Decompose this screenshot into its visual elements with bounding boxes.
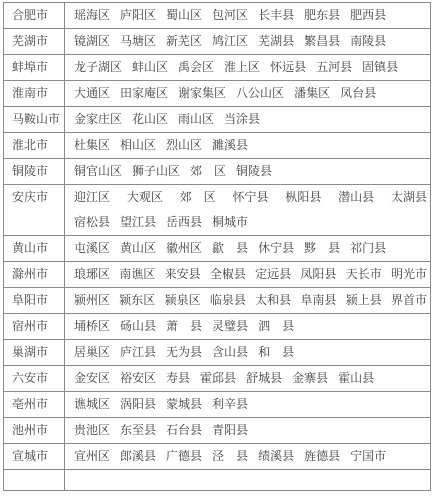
- district-item: 来安县: [165, 262, 201, 287]
- district-line: 宿松县望江县岳西县桐城市: [74, 210, 427, 235]
- district-item: 芜湖县: [258, 29, 294, 54]
- district-item: 青阳县: [212, 418, 248, 443]
- district-item: 石台县: [166, 418, 202, 443]
- table-row: 宿州市埇桥区砀山县萧 县灵璧县泗 县: [4, 314, 431, 340]
- districts-cell: 杜集区相山区烈山区濉溪县: [65, 133, 431, 159]
- district-line: 镜湖区马塘区新芜区鸠江区芜湖县繁昌县南陵县: [74, 29, 427, 54]
- district-item: 无为县: [166, 340, 202, 365]
- district-item: 旌德县: [304, 444, 340, 469]
- city-cell: 阜阳市: [4, 288, 65, 314]
- district-item: 金寨县: [292, 366, 328, 391]
- district-item: 金家庄区: [74, 107, 122, 132]
- district-item: 太和县: [255, 288, 291, 313]
- district-item: 利辛县: [212, 392, 248, 417]
- city-cell: 宣城市: [4, 444, 65, 470]
- city-cell: 巢湖市: [4, 340, 65, 366]
- district-line: 大通区田家庵区谢家集区八公山区潘集区凤台县: [74, 81, 427, 106]
- district-item: 太湖县: [391, 185, 427, 210]
- district-item: 凤阳县: [300, 262, 336, 287]
- district-item: 大观区: [127, 185, 163, 210]
- districts-cell: 大通区田家庵区谢家集区八公山区潘集区凤台县: [65, 81, 431, 107]
- district-item: 和 县: [258, 340, 294, 365]
- district-item: 蜀山区: [166, 3, 202, 28]
- district-item: 枞阳县: [285, 185, 321, 210]
- city-cell: 蚌埠市: [4, 55, 65, 81]
- district-item: 宁国市: [350, 444, 386, 469]
- table-row: 淮南市大通区田家庵区谢家集区八公山区潘集区凤台县: [4, 81, 431, 107]
- table-row: 宣城市宣州区郎溪县广德县泾 县绩溪县旌德县宁国市: [4, 444, 431, 470]
- table-row: 滁州市琅琊区南谯区来安县全椒县定远县凤阳县天长市明光市: [4, 262, 431, 288]
- district-item: 宿松县: [74, 210, 110, 235]
- districts-cell: 龙子湖区蚌山区禹会区淮上区怀远县五河县固镇县: [65, 55, 431, 81]
- table-row: 马鞍山市金家庄区花山区雨山区当涂县: [4, 107, 431, 133]
- district-line: 迎江区大观区郊 区怀宁县枞阳县潜山县太湖县: [74, 185, 427, 210]
- district-item: 潜山县: [338, 185, 374, 210]
- district-line: 居巢区庐江县无为县含山县和 县: [74, 340, 427, 365]
- district-item: 南陵县: [350, 29, 386, 54]
- district-item: 绩溪县: [258, 444, 294, 469]
- city-cell: 黄山市: [4, 236, 65, 262]
- district-item: 居巢区: [74, 340, 110, 365]
- district-item: 八公山区: [236, 81, 284, 106]
- districts-cell: 贵池区东至县石台县青阳县: [65, 418, 431, 444]
- district-item: 相山区: [120, 133, 156, 158]
- district-item: 濉溪县: [212, 133, 248, 158]
- district-item: 休宁县: [258, 236, 294, 261]
- city-cell: 宿州市: [4, 314, 65, 340]
- district-item: 定远县: [255, 262, 291, 287]
- document-page: 合肥市瑶海区庐阳区蜀山区包河区长丰县肥东县肥西县芜湖市镜湖区马塘区新芜区鸠江区芜…: [0, 0, 434, 500]
- city-cell: [4, 470, 65, 491]
- district-item: 肥西县: [350, 3, 386, 28]
- district-item: 杜集区: [74, 133, 110, 158]
- districts-cell: 瑶海区庐阳区蜀山区包河区长丰县肥东县肥西县: [65, 3, 431, 29]
- district-item: 大通区: [74, 81, 110, 106]
- district-item: 黟 县: [304, 236, 340, 261]
- district-item: 裕安区: [120, 366, 156, 391]
- district-item: 岳西县: [166, 210, 202, 235]
- city-cell: 池州市: [4, 418, 65, 444]
- district-item: 砀山县: [120, 314, 156, 339]
- districts-cell: [65, 470, 431, 491]
- district-item: 南谯区: [119, 262, 155, 287]
- district-item: 禹会区: [178, 55, 214, 80]
- city-cell: 合肥市: [4, 3, 65, 29]
- district-item: 凤台县: [340, 81, 376, 106]
- districts-cell: 金家庄区花山区雨山区当涂县: [65, 107, 431, 133]
- district-item: 寿县: [166, 366, 190, 391]
- district-item: 鸠江区: [212, 29, 248, 54]
- district-item: 含山县: [212, 340, 248, 365]
- district-item: 涡阳县: [120, 392, 156, 417]
- district-item: 蒙城县: [166, 392, 202, 417]
- district-item: 阜南县: [300, 288, 336, 313]
- city-cell: 淮南市: [4, 81, 65, 107]
- district-item: 东至县: [120, 418, 156, 443]
- district-item: 马塘区: [120, 29, 156, 54]
- city-cell: 芜湖市: [4, 29, 65, 55]
- district-item: 望江县: [120, 210, 156, 235]
- district-item: 琅琊区: [74, 262, 110, 287]
- district-line: 谯城区涡阳县蒙城县利辛县: [74, 392, 427, 417]
- district-item: 霍邱县: [200, 366, 236, 391]
- district-line: 金家庄区花山区雨山区当涂县: [74, 107, 427, 132]
- district-item: 徽州区: [166, 236, 202, 261]
- district-item: 固镇县: [362, 55, 398, 80]
- district-item: 蚌山区: [132, 55, 168, 80]
- district-line: 屯溪区黄山区徽州区歙 县休宁县黟 县祁门县: [74, 236, 427, 261]
- district-item: 谯城区: [74, 392, 110, 417]
- district-item: 郊 区: [190, 159, 226, 184]
- district-item: 屯溪区: [74, 236, 110, 261]
- district-item: 舒城县: [246, 366, 282, 391]
- district-item: 广德县: [166, 444, 202, 469]
- district-item: 雨山区: [178, 107, 214, 132]
- empty-row: [4, 470, 431, 491]
- district-item: 郊 区: [180, 185, 216, 210]
- district-item: 长丰县: [258, 3, 294, 28]
- district-item: 贵池区: [74, 418, 110, 443]
- table-row: 安庆市迎江区大观区郊 区怀宁县枞阳县潜山县太湖县宿松县望江县岳西县桐城市: [4, 185, 431, 236]
- district-item: 淮上区: [224, 55, 260, 80]
- district-line: 贵池区东至县石台县青阳县: [74, 418, 427, 443]
- city-cell: 马鞍山市: [4, 107, 65, 133]
- district-item: 黄山区: [120, 236, 156, 261]
- table-row: 黄山市屯溪区黄山区徽州区歙 县休宁县黟 县祁门县: [4, 236, 431, 262]
- city-districts-table: 合肥市瑶海区庐阳区蜀山区包河区长丰县肥东县肥西县芜湖市镜湖区马塘区新芜区鸠江区芜…: [3, 2, 431, 491]
- district-item: 灵璧县: [212, 314, 248, 339]
- district-item: 当涂县: [224, 107, 260, 132]
- district-item: 天长市: [346, 262, 382, 287]
- city-cell: 六安市: [4, 366, 65, 392]
- districts-cell: 琅琊区南谯区来安县全椒县定远县凤阳县天长市明光市: [65, 262, 431, 288]
- district-item: 临泉县: [210, 288, 246, 313]
- districts-cell: 颍州区颍东区颍泉区临泉县太和县阜南县颍上县界首市: [65, 288, 431, 314]
- district-item: 歙 县: [212, 236, 248, 261]
- district-item: 繁昌县: [304, 29, 340, 54]
- districts-cell: 埇桥区砀山县萧 县灵璧县泗 县: [65, 314, 431, 340]
- district-item: 埇桥区: [74, 314, 110, 339]
- district-item: 田家庵区: [120, 81, 168, 106]
- district-line: 铜官山区狮子山区郊 区铜陵县: [74, 159, 427, 184]
- table-row: 六安市金安区裕安区寿县霍邱县舒城县金寨县霍山县: [4, 366, 431, 392]
- district-item: 金安区: [74, 366, 110, 391]
- districts-cell: 铜官山区狮子山区郊 区铜陵县: [65, 159, 431, 185]
- table-row: 巢湖市居巢区庐江县无为县含山县和 县: [4, 340, 431, 366]
- district-item: 庐江县: [120, 340, 156, 365]
- district-item: 郎溪县: [120, 444, 156, 469]
- district-item: 狮子山区: [132, 159, 180, 184]
- district-item: 谢家集区: [178, 81, 226, 106]
- district-line: 龙子湖区蚌山区禹会区淮上区怀远县五河县固镇县: [74, 55, 427, 80]
- city-cell: 亳州市: [4, 392, 65, 418]
- table-row: 亳州市谯城区涡阳县蒙城县利辛县: [4, 392, 431, 418]
- district-item: 肥东县: [304, 3, 340, 28]
- district-item: 泾 县: [212, 444, 248, 469]
- district-item: 霍山县: [338, 366, 374, 391]
- district-line: 杜集区相山区烈山区濉溪县: [74, 133, 427, 158]
- table-row: 铜陵市铜官山区狮子山区郊 区铜陵县: [4, 159, 431, 185]
- district-item: 庐阳区: [120, 3, 156, 28]
- districts-cell: 金安区裕安区寿县霍邱县舒城县金寨县霍山县: [65, 366, 431, 392]
- district-item: 萧 县: [166, 314, 202, 339]
- table-row: 阜阳市颍州区颍东区颍泉区临泉县太和县阜南县颍上县界首市: [4, 288, 431, 314]
- district-item: 明光市: [391, 262, 427, 287]
- district-item: 宣州区: [74, 444, 110, 469]
- city-cell: 滁州市: [4, 262, 65, 288]
- city-cell: 淮北市: [4, 133, 65, 159]
- district-item: 怀远县: [270, 55, 306, 80]
- district-item: 迎江区: [74, 185, 110, 210]
- district-line: 金安区裕安区寿县霍邱县舒城县金寨县霍山县: [74, 366, 427, 391]
- district-item: 镜湖区: [74, 29, 110, 54]
- table-row: 淮北市杜集区相山区烈山区濉溪县: [4, 133, 431, 159]
- districts-cell: 谯城区涡阳县蒙城县利辛县: [65, 392, 431, 418]
- district-item: 瑶海区: [74, 3, 110, 28]
- district-item: 五河县: [316, 55, 352, 80]
- table-row: 蚌埠市龙子湖区蚌山区禹会区淮上区怀远县五河县固镇县: [4, 55, 431, 81]
- city-cell: 安庆市: [4, 185, 65, 236]
- district-item: 颍东区: [119, 288, 155, 313]
- districts-cell: 宣州区郎溪县广德县泾 县绩溪县旌德县宁国市: [65, 444, 431, 470]
- city-cell: 铜陵市: [4, 159, 65, 185]
- districts-cell: 屯溪区黄山区徽州区歙 县休宁县黟 县祁门县: [65, 236, 431, 262]
- district-item: 潘集区: [294, 81, 330, 106]
- district-item: 铜陵县: [236, 159, 272, 184]
- districts-cell: 居巢区庐江县无为县含山县和 县: [65, 340, 431, 366]
- district-item: 烈山区: [166, 133, 202, 158]
- district-item: 全椒县: [210, 262, 246, 287]
- district-line: 埇桥区砀山县萧 县灵璧县泗 县: [74, 314, 427, 339]
- district-item: 花山区: [132, 107, 168, 132]
- district-item: 铜官山区: [74, 159, 122, 184]
- district-item: 新芜区: [166, 29, 202, 54]
- district-item: 龙子湖区: [74, 55, 122, 80]
- district-item: 颍上县: [346, 288, 382, 313]
- district-item: 祁门县: [350, 236, 386, 261]
- district-line: 宣州区郎溪县广德县泾 县绩溪县旌德县宁国市: [74, 444, 427, 469]
- district-item: 泗 县: [258, 314, 294, 339]
- districts-cell: 镜湖区马塘区新芜区鸠江区芜湖县繁昌县南陵县: [65, 29, 431, 55]
- district-item: 颍泉区: [165, 288, 201, 313]
- district-item: 界首市: [391, 288, 427, 313]
- table-row: 合肥市瑶海区庐阳区蜀山区包河区长丰县肥东县肥西县: [4, 3, 431, 29]
- table-row: 芜湖市镜湖区马塘区新芜区鸠江区芜湖县繁昌县南陵县: [4, 29, 431, 55]
- district-item: 颍州区: [74, 288, 110, 313]
- table-row: 池州市贵池区东至县石台县青阳县: [4, 418, 431, 444]
- district-line: 琅琊区南谯区来安县全椒县定远县凤阳县天长市明光市: [74, 262, 427, 287]
- district-item: 怀宁县: [232, 185, 268, 210]
- district-item: 桐城市: [212, 210, 248, 235]
- districts-cell: 迎江区大观区郊 区怀宁县枞阳县潜山县太湖县宿松县望江县岳西县桐城市: [65, 185, 431, 236]
- district-line: 颍州区颍东区颍泉区临泉县太和县阜南县颍上县界首市: [74, 288, 427, 313]
- district-item: 包河区: [212, 3, 248, 28]
- district-line: 瑶海区庐阳区蜀山区包河区长丰县肥东县肥西县: [74, 3, 427, 28]
- table-body: 合肥市瑶海区庐阳区蜀山区包河区长丰县肥东县肥西县芜湖市镜湖区马塘区新芜区鸠江区芜…: [4, 3, 431, 491]
